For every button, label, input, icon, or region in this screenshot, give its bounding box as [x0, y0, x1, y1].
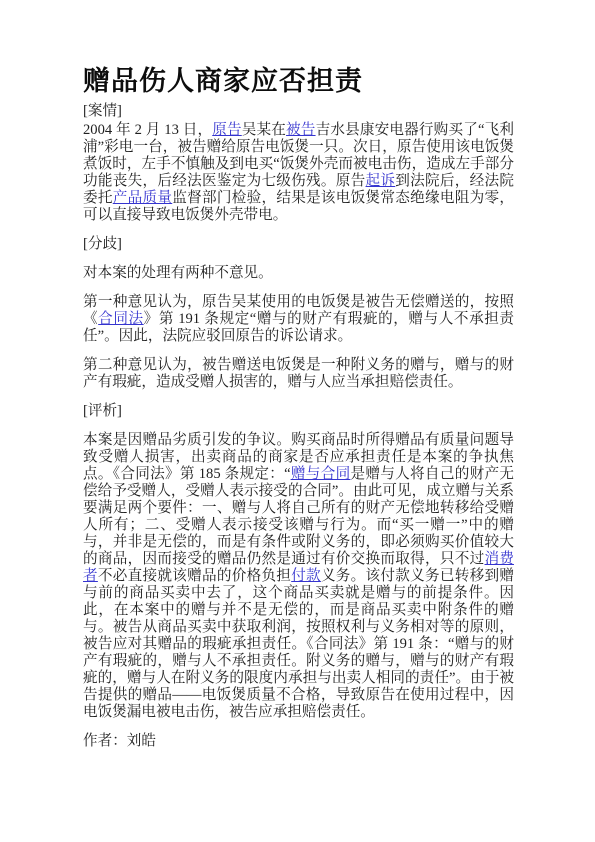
section-label: [案情]: [83, 103, 514, 120]
text-run: 吴某在: [242, 122, 286, 138]
text-run: 》第 191 条规定“赠与的财产有瑕疵的，赠与人不承担责任”。因此，法院应驳回原…: [83, 311, 514, 344]
text-run: 义务。该付款义务已转移到赠与前的商品买卖中去了，这个商品买卖就是赠与的前提条件。…: [83, 568, 514, 720]
inline-link[interactable]: 产品质量: [113, 190, 172, 206]
text-run: 不必直接就该赠品的价格负担: [98, 568, 291, 584]
article-content: 赠品伤人商家应否担责 [案情]2004 年 2 月 13 日，原告吴某在被告吉水…: [83, 64, 514, 750]
section-label: [分歧]: [83, 236, 514, 253]
document-page: 赠品伤人商家应否担责 [案情]2004 年 2 月 13 日，原告吴某在被告吉水…: [0, 0, 595, 842]
paragraph: 2004 年 2 月 13 日，原告吴某在被告吉水县康安电器行购买了“飞利浦”彩…: [83, 122, 514, 224]
article-title: 赠品伤人商家应否担责: [83, 64, 514, 98]
inline-link[interactable]: 合同法: [98, 311, 143, 327]
paragraph: 本案是因赠品劣质引发的争议。购买商品时所得赠品有质量问题导致受赠人损害，出卖商品…: [83, 432, 514, 721]
inline-link[interactable]: 起诉: [366, 173, 396, 189]
paragraph: 作者：刘皓: [83, 733, 514, 750]
inline-link[interactable]: 付款: [291, 568, 321, 584]
text-run: 第二种意见认为，被告赠送电饭煲是一种附义务的赠与，赠与的财产有瑕疵，造成受赠人损…: [83, 357, 514, 390]
paragraph: 第二种意见认为，被告赠送电饭煲是一种附义务的赠与，赠与的财产有瑕疵，造成受赠人损…: [83, 357, 514, 391]
inline-link[interactable]: 原告: [212, 122, 242, 138]
text-run: 对本案的处理有两种不意见。: [83, 265, 273, 281]
text-run: 2004 年 2 月 13 日，: [83, 122, 212, 138]
article-body: [案情]2004 年 2 月 13 日，原告吴某在被告吉水县康安电器行购买了“飞…: [83, 103, 514, 750]
text-run: 作者：刘皓: [83, 733, 156, 749]
inline-link[interactable]: 被告: [286, 122, 316, 138]
inline-link[interactable]: 赠与合同: [291, 466, 351, 482]
section-label: [评析]: [83, 403, 514, 420]
paragraph: 对本案的处理有两种不意见。: [83, 265, 514, 282]
paragraph: 第一种意见认为，原告吴某使用的电饭煲是被告无偿赠送的，按照《合同法》第 191 …: [83, 294, 514, 345]
